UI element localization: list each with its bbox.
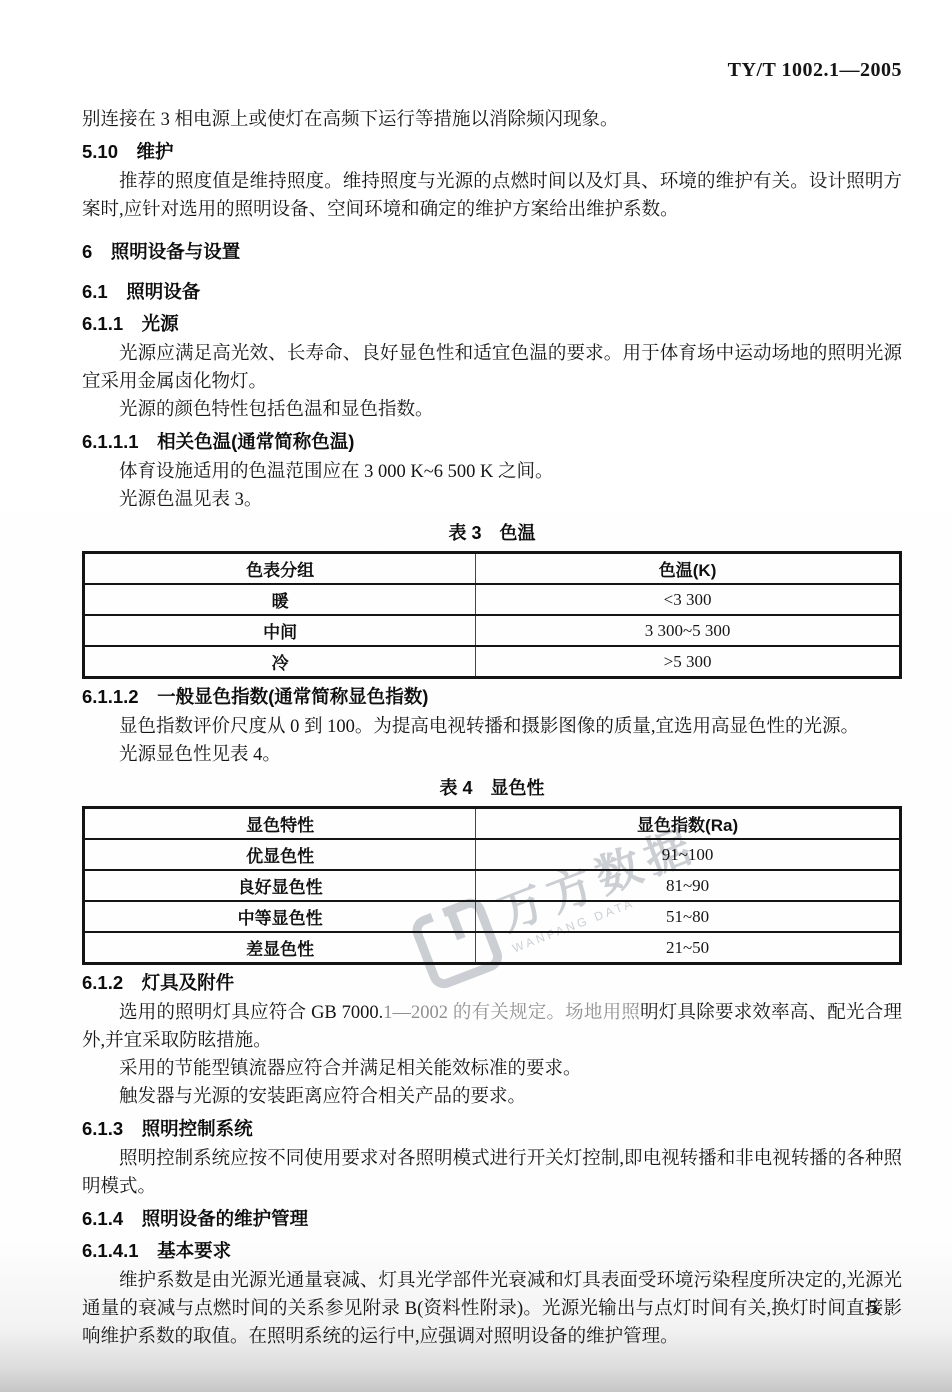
- paragraph-ignitor: 触发器与光源的安装距离应符合相关产品的要求。: [82, 1083, 902, 1111]
- table4-header-ra: 显色指数(Ra): [476, 808, 901, 840]
- table-row: 优显色性 91~100: [84, 839, 901, 870]
- paragraph-luminaires: 选用的照明灯具应符合 GB 7000.1—2002 的有关规定。场地用照明灯具除…: [82, 999, 902, 1055]
- table3-cell-label: 暖: [84, 584, 476, 615]
- paragraph-maintenance: 推荐的照度值是维持照度。维持照度与光源的点燃时间以及灯具、环境的维护有关。设计照…: [82, 168, 902, 224]
- paragraph-luminaires-part1: 选用的照明灯具应符合 GB 7000.: [119, 1003, 383, 1023]
- table3-cell-value: <3 300: [476, 584, 901, 615]
- section-heading-6-1-1-1: 6.1.1.1 相关色温(通常简称色温): [82, 428, 902, 456]
- section-heading-6-1-4-1: 6.1.4.1 基本要求: [82, 1237, 902, 1265]
- page-content: TY/T 1002.1—2005 别连接在 3 相电源上或使灯在高频下运行等措施…: [82, 58, 902, 1351]
- table4-cell-label: 优显色性: [84, 839, 476, 870]
- table4-cell-value: 51~80: [476, 901, 901, 932]
- table-row: 中等显色性 51~80: [84, 901, 901, 932]
- paragraph-cri-scale: 显色指数评价尺度从 0 到 100。为提高电视转播和摄影图像的质量,宜选用高显色…: [82, 713, 902, 741]
- table4-cell-value: 81~90: [476, 870, 901, 901]
- paragraph-see-table4: 光源显色性见表 4。: [82, 741, 902, 769]
- table4-cell-label: 良好显色性: [84, 870, 476, 901]
- paragraph-color-temp-range: 体育设施适用的色温范围应在 3 000 K~6 500 K 之间。: [82, 458, 902, 486]
- paragraph-control-system: 照明控制系统应按不同使用要求对各照明模式进行开关灯控制,即电视转播和非电视转播的…: [82, 1145, 902, 1201]
- paragraph-maintenance-factor: 维护系数是由光源光通量衰减、灯具光学部件光衰减和灯具表面受环境污染程度所决定的,…: [82, 1267, 902, 1351]
- paragraph-light-source: 光源应满足高光效、长寿命、良好显色性和适宜色温的要求。用于体育场中运动场地的照明…: [82, 340, 902, 396]
- section-heading-6-1: 6.1 照明设备: [82, 278, 902, 306]
- table4-cell-label: 中等显色性: [84, 901, 476, 932]
- standard-number-header: TY/T 1002.1—2005: [82, 58, 902, 82]
- paragraph-see-table3: 光源色温见表 3。: [82, 486, 902, 514]
- table-header-row: 色表分组 色温(K): [84, 553, 901, 585]
- table3-cell-label: 中间: [84, 615, 476, 646]
- chapter-heading-6: 6 照明设备与设置: [82, 238, 902, 266]
- table-row: 暖 <3 300: [84, 584, 901, 615]
- table3-header-group: 色表分组: [84, 553, 476, 585]
- table4-cell-value: 91~100: [476, 839, 901, 870]
- table3-header-kelvin: 色温(K): [476, 553, 901, 585]
- paragraph-ballast: 采用的节能型镇流器应符合并满足相关能效标准的要求。: [82, 1055, 902, 1083]
- paragraph-color-characteristics: 光源的颜色特性包括色温和显色指数。: [82, 396, 902, 424]
- section-heading-5-10: 5.10 维护: [82, 138, 902, 166]
- table-row: 良好显色性 81~90: [84, 870, 901, 901]
- table-row: 中间 3 300~5 300: [84, 615, 901, 646]
- table3-cell-value: >5 300: [476, 646, 901, 678]
- section-heading-6-1-4: 6.1.4 照明设备的维护管理: [82, 1205, 902, 1233]
- table4-caption: 表 4 显色性: [82, 775, 902, 801]
- table3-color-temperature: 色表分组 色温(K) 暖 <3 300 中间 3 300~5 300 冷 >5 …: [82, 551, 902, 679]
- section-heading-6-1-1-2: 6.1.1.2 一般显色指数(通常简称显色指数): [82, 683, 902, 711]
- document-page: 万方数据 WANFANG DATA TY/T 1002.1—2005 别连接在 …: [0, 0, 952, 1392]
- page-number: 5: [869, 1297, 879, 1319]
- table4-cell-label: 差显色性: [84, 932, 476, 964]
- table-row: 差显色性 21~50: [84, 932, 901, 964]
- section-heading-6-1-3: 6.1.3 照明控制系统: [82, 1115, 902, 1143]
- section-heading-6-1-1: 6.1.1 光源: [82, 310, 902, 338]
- paragraph-luminaires-part2-faded: 1—2002 的有关规定。场地用照: [383, 1003, 640, 1023]
- table3-cell-label: 冷: [84, 646, 476, 678]
- paragraph-continuation: 别连接在 3 相电源上或使灯在高频下运行等措施以消除频闪现象。: [82, 106, 902, 134]
- section-heading-6-1-2: 6.1.2 灯具及附件: [82, 969, 902, 997]
- table4-header-property: 显色特性: [84, 808, 476, 840]
- table-row: 冷 >5 300: [84, 646, 901, 678]
- table-header-row: 显色特性 显色指数(Ra): [84, 808, 901, 840]
- table3-cell-value: 3 300~5 300: [476, 615, 901, 646]
- table4-cell-value: 21~50: [476, 932, 901, 964]
- table3-caption: 表 3 色温: [82, 520, 902, 546]
- table4-color-rendering: 显色特性 显色指数(Ra) 优显色性 91~100 良好显色性 81~90 中等…: [82, 806, 902, 965]
